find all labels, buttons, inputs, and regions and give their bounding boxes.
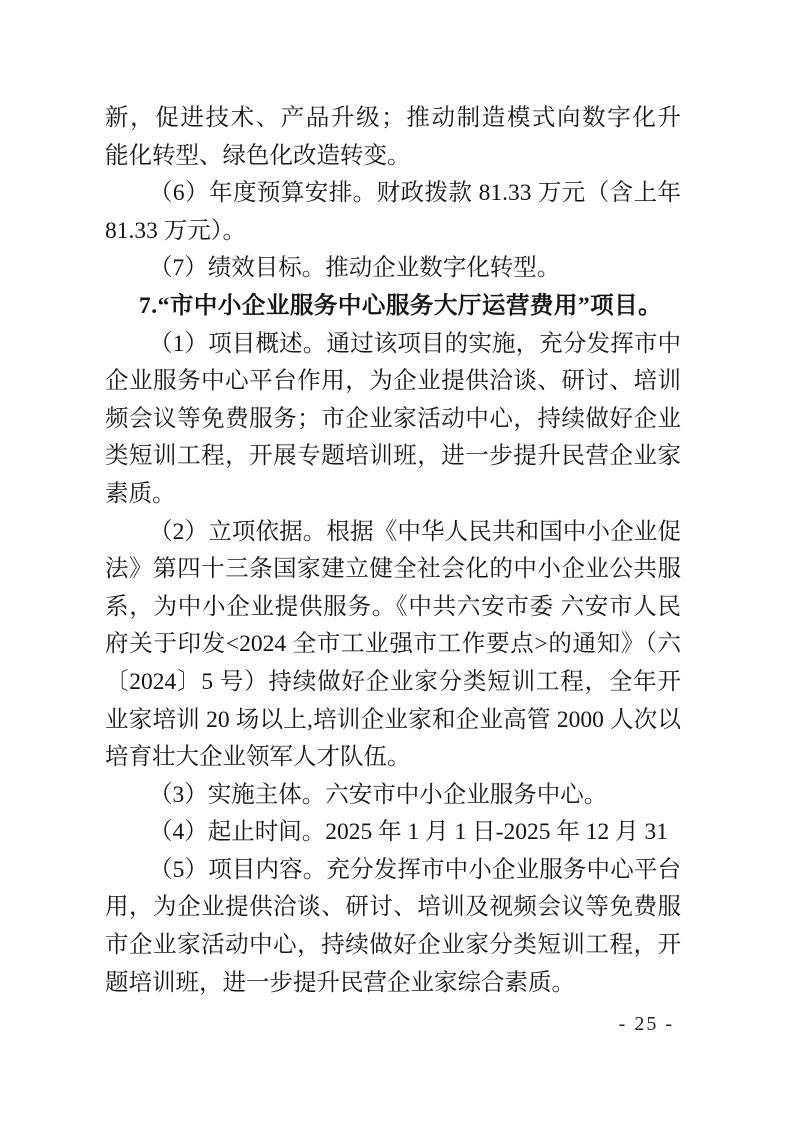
doc-line: 题培训班，进一步提升民营企业家综合素质。	[105, 965, 681, 1003]
doc-line: 企业服务中心平台作用，为企业提供洽谈、研讨、培训及视	[105, 363, 681, 401]
doc-line: 培育壮大企业领军人才队伍。	[105, 739, 681, 777]
document-body: 新，促进技术、产品升级；推动制造模式向数字化升级、智 能化转型、绿色化改造转变。…	[105, 100, 681, 1002]
doc-line-item-3-entity: （3）实施主体。六安市中小企业服务中心。	[105, 777, 681, 815]
doc-line: 频会议等免费服务；市企业家活动中心，持续做好企业家分	[105, 401, 681, 439]
doc-line-item-6-budget: （6）年度预算安排。财政拨款 81.33 万元（含上年结转	[105, 175, 681, 213]
doc-line: 〔2024〕5 号）持续做好企业家分类短训工程，全年开展企	[105, 664, 681, 702]
doc-line-item-1-overview: （1）项目概述。通过该项目的实施，充分发挥市中小	[105, 326, 681, 364]
doc-line: 市企业家活动中心，持续做好企业家分类短训工程，开展专	[105, 927, 681, 965]
section-7-heading: 7.“市中小企业服务中心服务大厅运营费用”项目。	[105, 288, 681, 326]
doc-line-item-5-content: （5）项目内容。充分发挥市中小企业服务中心平台作	[105, 852, 681, 890]
doc-line: 用，为企业提供洽谈、研讨、培训及视频会议等免费服务；	[105, 889, 681, 927]
doc-line: 类短训工程，开展专题培训班，进一步提升民营企业家综合	[105, 438, 681, 476]
doc-line: 素质。	[105, 476, 681, 514]
doc-line: 府关于印发<2024 全市工业强市工作要点>的通知》（六发	[105, 626, 681, 664]
doc-line: 能化转型、绿色化改造转变。	[105, 138, 681, 176]
document-page: 新，促进技术、产品升级；推动制造模式向数字化升级、智 能化转型、绿色化改造转变。…	[0, 0, 793, 1122]
doc-line: 法》第四十三条国家建立健全社会化的中小企业公共服务体	[105, 551, 681, 589]
doc-line: 业家培训 20 场以上,培训企业家和企业高管 2000 人次以上，	[105, 702, 681, 740]
doc-line: 81.33 万元）。	[105, 213, 681, 251]
page-number: - 25 -	[619, 1013, 674, 1036]
doc-line: 新，促进技术、产品升级；推动制造模式向数字化升级、智	[105, 100, 681, 138]
doc-line-item-2-basis: （2）立项依据。根据《中华人民共和国中小企业促进	[105, 514, 681, 552]
doc-line: 系，为中小企业提供服务。《中共六安市委 六安市人民政	[105, 589, 681, 627]
doc-line-item-7-goal: （7）绩效目标。推动企业数字化转型。	[105, 250, 681, 288]
doc-line-item-4-dates: （4）起止时间。2025 年 1 月 1 日-2025 年 12 月 31 日。	[105, 814, 681, 852]
